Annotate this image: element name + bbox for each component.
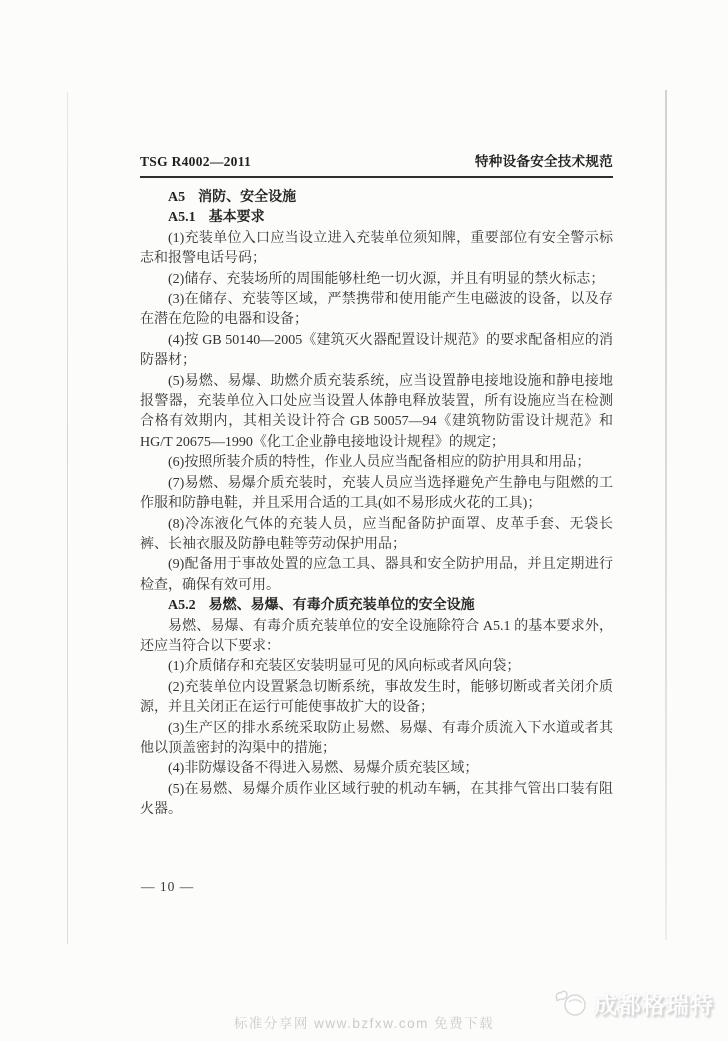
document-code: TSG R4002—2011 bbox=[140, 154, 251, 170]
list-item: (5)易燃、易爆、助燃介质充装系统，应当设置静电接地设施和静电接地报警器，充装单… bbox=[140, 372, 613, 454]
list-item: (5)在易燃、易爆介质作业区域行驶的机动车辆，在其排气管出口装有阻火器。 bbox=[140, 780, 613, 821]
scanned-page-left-edge bbox=[67, 92, 68, 944]
section-number: A5 bbox=[168, 190, 185, 205]
subsection-title: 基本要求 bbox=[209, 210, 265, 225]
list-item: (3)在储存、充装等区域，严禁携带和使用能产生电磁波的设备，以及存在潜在危险的电… bbox=[140, 290, 613, 331]
list-item: (1)介质储存和充装区安装明显可见的风向标或者风向袋； bbox=[140, 657, 613, 677]
list-item: (2)充装单位内设置紧急切断系统，事故发生时，能够切断或者关闭介质源，并且关闭正… bbox=[140, 678, 613, 719]
list-item: (3)生产区的排水系统采取防止易燃、易爆、有毒介质流入下水道或者其他以顶盖密封的… bbox=[140, 719, 613, 760]
section-heading-a5: A5消防、安全设施 bbox=[140, 188, 613, 208]
list-item: (1)充装单位入口应当设立进入充装单位须知牌，重要部位有安全警示标志和报警电话号… bbox=[140, 229, 613, 270]
page-number: — 10 — bbox=[141, 879, 194, 895]
subsection-heading-a5-2: A5.2易燃、易爆、有毒介质充装单位的安全设施 bbox=[140, 596, 613, 616]
brand-watermark: 成都格瑞特 bbox=[553, 987, 714, 1020]
document-page: TSG R4002—2011 特种设备安全技术规范 A5消防、安全设施 A5.1… bbox=[140, 150, 613, 821]
list-item: (9)配备用于事故处置的应急工具、器具和安全防护用品，并且定期进行检查，确保有效… bbox=[140, 555, 613, 596]
brand-logo-icon bbox=[553, 989, 589, 1019]
document-category: 特种设备安全技术规范 bbox=[475, 150, 613, 170]
page-header: TSG R4002—2011 特种设备安全技术规范 bbox=[140, 150, 613, 178]
list-item: (7)易燃、易爆介质充装时，充装人员应当选择避免产生静电与阻燃的工作服和防静电鞋… bbox=[140, 474, 613, 515]
document-body: A5消防、安全设施 A5.1基本要求 (1)充装单位入口应当设立进入充装单位须知… bbox=[140, 188, 613, 821]
list-item: (4)按 GB 50140—2005《建筑灭火器配置设计规范》的要求配备相应的消… bbox=[140, 331, 613, 372]
list-item: (8)冷冻液化气体的充装人员，应当配备防护面罩、皮革手套、无袋长裤、长袖衣服及防… bbox=[140, 515, 613, 556]
list-item: (6)按照所装介质的特性，作业人员应当配备相应的防护用具和用品； bbox=[140, 453, 613, 473]
list-item: (4)非防爆设备不得进入易燃、易爆介质充装区域； bbox=[140, 759, 613, 779]
list-item: (2)储存、充装场所的周围能够杜绝一切火源，并且有明显的禁火标志； bbox=[140, 270, 613, 290]
brand-watermark-label: 成都格瑞特 bbox=[594, 987, 714, 1020]
subsection-intro: 易燃、易爆、有毒介质充装单位的安全设施除符合 A5.1 的基本要求外，还应当符合… bbox=[140, 617, 613, 658]
subsection-number: A5.1 bbox=[168, 210, 196, 225]
section-title: 消防、安全设施 bbox=[198, 190, 296, 205]
subsection-number: A5.2 bbox=[168, 598, 196, 613]
subsection-title: 易燃、易爆、有毒介质充装单位的安全设施 bbox=[209, 598, 475, 613]
scanned-page-right-edge bbox=[665, 90, 667, 940]
subsection-heading-a5-1: A5.1基本要求 bbox=[140, 208, 613, 228]
